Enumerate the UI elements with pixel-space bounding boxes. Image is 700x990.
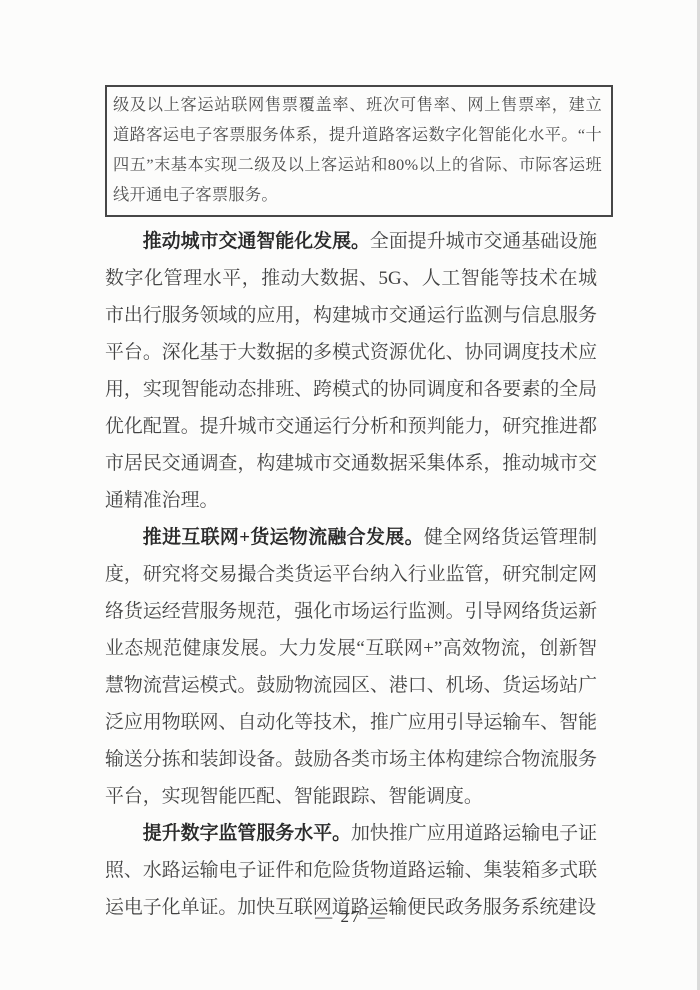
document-body: 推动城市交通智能化发展。全面提升城市交通基础设施数字化管理水平，推动大数据、5G… xyxy=(105,223,597,926)
paragraph-lead: 推动城市交通智能化发展。 xyxy=(143,231,370,252)
quote-box: 级及以上客运站联网售票覆盖率、班次可售率、网上售票率，建立道路客运电子客票服务体… xyxy=(105,85,613,217)
paragraph-body: 健全网络货运管理制度，研究将交易撮合类货运平台纳入行业监管，研究制定网络货运经营… xyxy=(105,527,597,807)
quote-box-text: 级及以上客运站联网售票覆盖率、班次可售率、网上售票率，建立道路客运电子客票服务体… xyxy=(113,90,602,210)
paragraph-urban-transport-smart-development: 推动城市交通智能化发展。全面提升城市交通基础设施数字化管理水平，推动大数据、5G… xyxy=(105,223,597,519)
document-page: 级及以上客运站联网售票覆盖率、班次可售率、网上售票率，建立道路客运电子客票服务体… xyxy=(0,0,700,990)
paragraph-lead: 提升数字监管服务水平。 xyxy=(143,823,351,844)
paragraph-internet-freight-logistics: 推进互联网+货运物流融合发展。健全网络货运管理制度，研究将交易撮合类货运平台纳入… xyxy=(105,519,597,815)
paragraph-body: 全面提升城市交通基础设施数字化管理水平，推动大数据、5G、人工智能等技术在城市出… xyxy=(105,231,597,511)
page-number: — 27 — xyxy=(105,907,597,927)
paragraph-lead: 推进互联网+货运物流融合发展。 xyxy=(143,527,424,548)
